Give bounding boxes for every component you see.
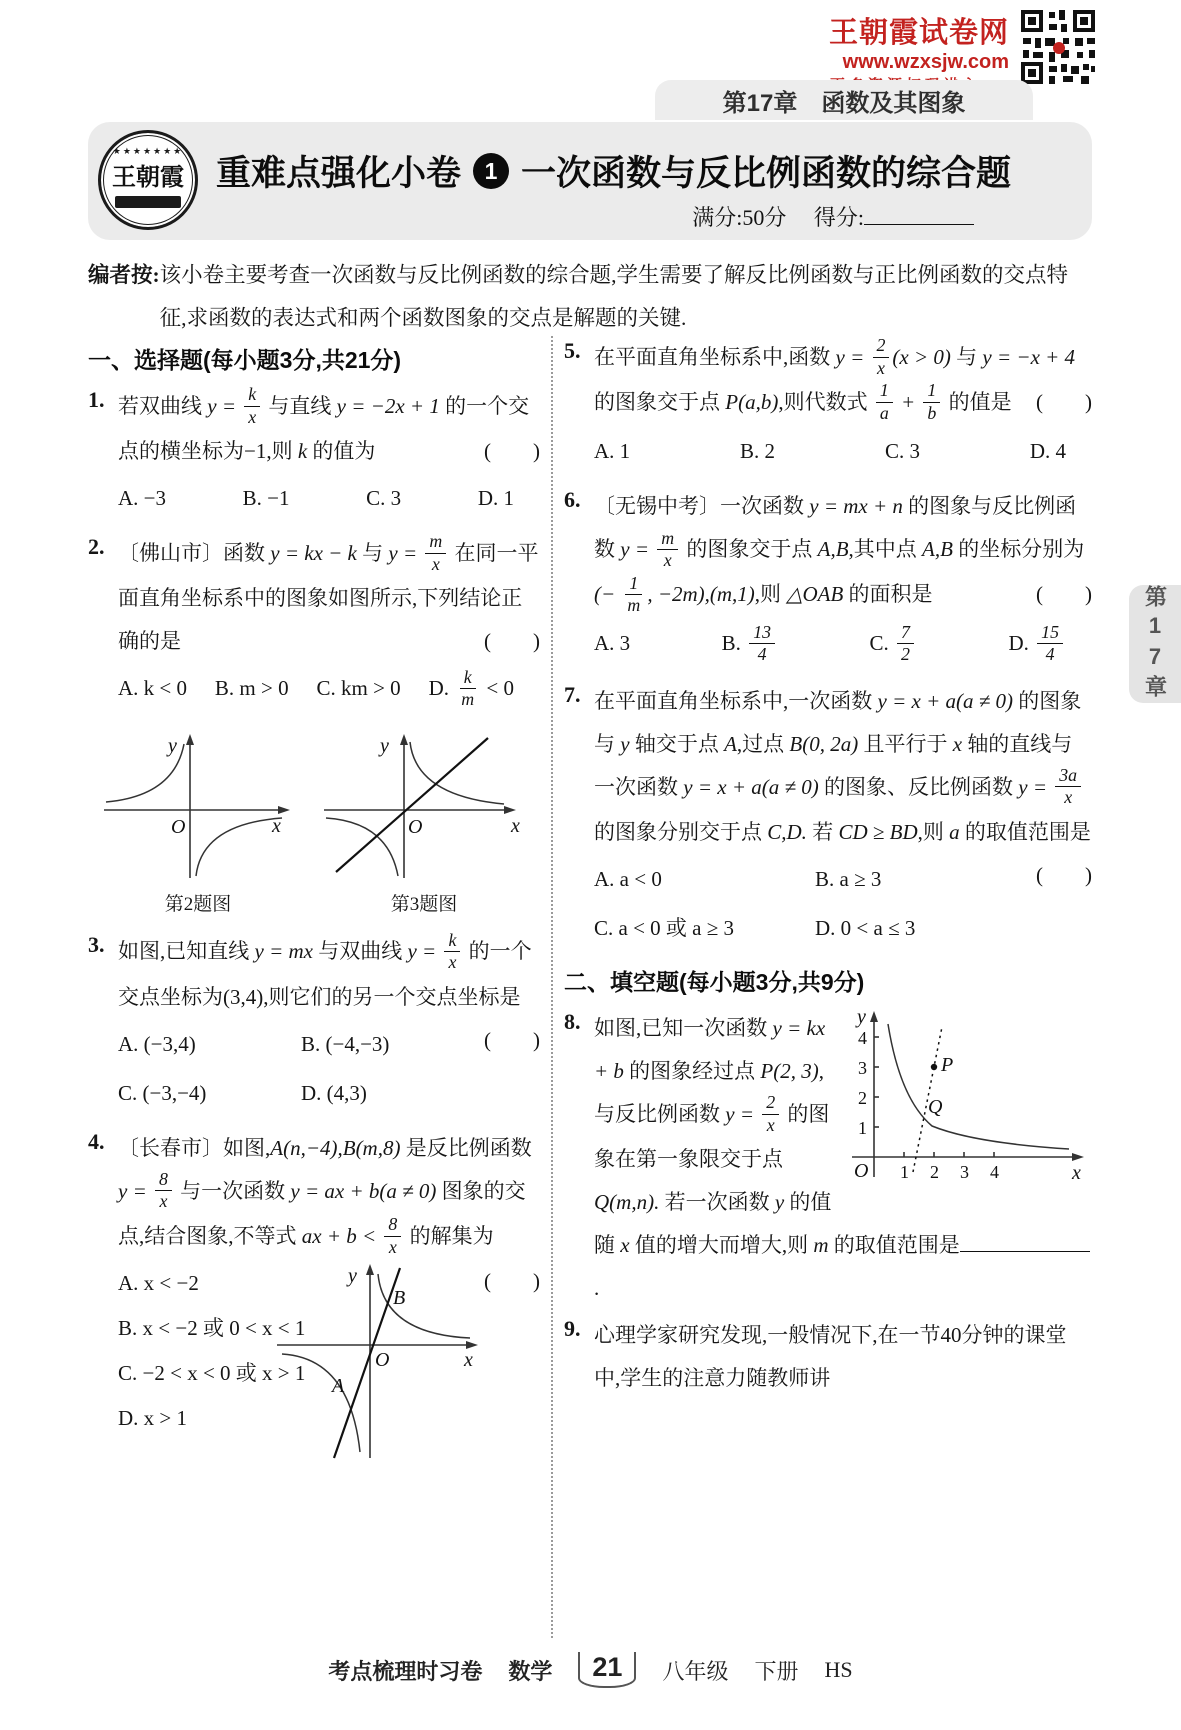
editor-note: 编者按: 该小卷主要考查一次函数与反比例函数的综合题,学生需要了解反比例函数与正… [88,254,1090,340]
fraction: 8x [384,1214,401,1258]
figure-row: y x O 第2题图 y [88,730,540,916]
right-column: 5. 在平面直角坐标系中,函数 y = 2x(x > 0) 与 y = −x +… [564,336,1092,1638]
point-a-label: A [330,1375,345,1397]
ribbon-icon [115,196,181,208]
question-3: 3. 如图,已知直线 y = mx 与双曲线 y = kx 的一个交点坐标为(3… [88,930,540,1122]
option-d: D. 0 < a ≤ 3 [815,907,1036,950]
two-column-body: 一、选择题(每小题3分,共21分) 1. 若双曲线 y = kx 与直线 y =… [88,336,1092,1638]
option-d: D. km < 0 [429,667,514,712]
option-a: A. 1 [594,430,630,473]
option-d: D. 1 [478,477,514,520]
options-grid: A. (−3,4) B. (−4,−3) C. (−3,−4) D. (4,3) [118,1023,484,1115]
option-b: B. a ≥ 3 [815,858,1036,901]
question-6: 6. 〔无锡中考〕一次函数 y = mx + n 的图象与反比例函数 y = m… [564,485,1092,675]
column-divider [551,336,553,1638]
answer-paren: ( ) [484,620,540,663]
point-b-label: B [393,1287,405,1309]
x-axis-arrow [504,806,516,814]
qr-code-icon [1019,8,1097,86]
fraction: 8x [155,1169,172,1213]
question-number: 9. [564,1314,594,1400]
footer-version: HS [824,1657,852,1683]
footer-grade: 八年级 [662,1655,728,1686]
origin-label: O [408,816,422,838]
fraction: kx [444,930,460,974]
header-band: 王朝霞 重难点强化小卷 1 一次函数与反比例函数的综合题 满分:50分 得分: [88,122,1092,240]
x-tick: 3 [960,1162,969,1182]
option-b: B. (−4,−3) [301,1023,484,1066]
option-c: C. a < 0 或 a ≥ 3 [594,907,815,950]
question-9: 9. 心理学家研究发现,一般情况下,在一节40分钟的课堂中,学生的注意力随教师讲 [564,1314,1092,1400]
footer-term: 下册 [754,1655,798,1686]
figure-caption: 第3题图 [318,889,530,916]
y-axis-arrow [186,734,194,745]
option-b: B. 2 [740,430,775,473]
fraction: 72 [897,622,914,666]
x-label: x [510,815,520,837]
chapter-side-tab: 第17章 [1129,585,1181,703]
question-number: 1. [88,385,118,528]
fraction: 2x [873,336,890,379]
question-number: 3. [88,930,118,1122]
section-2-heading: 二、填空题(每小题3分,共9分) [564,964,1092,997]
answer-paren: ( ) [1036,381,1092,424]
option-d: D. (4,3) [301,1072,484,1115]
editor-note-label: 编者按: [88,254,160,340]
option-a: A. a < 0 [594,858,815,901]
fraction: mx [425,531,446,575]
fraction: 154 [1037,622,1063,666]
option-b: B. m > 0 [215,667,289,712]
badge-name: 王朝霞 [112,157,184,192]
question-2: 2. 〔佛山市〕函数 y = kx − k 与 y = mx 在同一平面直角坐标… [88,532,540,720]
figure-caption: 第2题图 [98,889,298,916]
options-row: A. −3 B. −1 C. 3 D. 1 [118,477,540,520]
page-footer: 考点梳理时习卷 数学 21 八年级 下册 HS [0,1652,1181,1688]
options-grid: A. a < 0 B. a ≥ 3 C. a < 0 或 a ≥ 3 D. 0 … [594,858,1036,950]
y-axis-arrow [870,1011,878,1022]
y-tick: 2 [858,1088,867,1108]
answer-paren: ( ) [484,1019,540,1062]
x-label: x [463,1349,473,1371]
figure-q3: y x O 第3题图 [318,730,530,916]
left-column: 一、选择题(每小题3分,共21分) 1. 若双曲线 y = kx 与直线 y =… [88,336,540,1638]
hyperbola-branch-q4 [196,818,282,876]
fraction: 1a [876,380,893,424]
y-tick: 4 [858,1028,867,1048]
point-q-label: Q [928,1096,943,1118]
option-c: C. 3 [366,477,401,520]
question-7: 7. 在平面直角坐标系中,一次函数 y = x + a(a ≠ 0) 的图象与 … [564,680,1092,958]
figure-q2: y x O 第2题图 [98,730,298,916]
question-text: 若双曲线 y = kx 与直线 y = −2x + 1 的一个交点的横坐标为−1… [118,385,540,473]
brand-badge-logo: 王朝霞 [98,130,198,230]
brand-name: 王朝霞试卷网 [829,10,1009,51]
y-label: y [166,735,177,757]
question-text: 在平面直角坐标系中,函数 y = 2x(x > 0) 与 y = −x + 4 … [594,336,1092,426]
option-c: C. 3 [885,430,920,473]
x-tick: 2 [930,1162,939,1182]
figure-q2-graph: y x O [98,730,298,882]
editor-note-text: 该小卷主要考查一次函数与反比例函数的综合题,学生需要了解反比例函数与正比例函数的… [160,254,1090,340]
question-text: 如图,已知直线 y = mx 与双曲线 y = kx 的一个交点坐标为(3,4)… [118,930,540,1018]
badge-number: 1 [473,153,509,189]
question-number: 6. [564,485,594,675]
fraction: mx [657,528,678,572]
series-title: 重难点强化小卷 [216,146,461,196]
point-p-dot [931,1064,937,1070]
hyperbola-curve [888,1024,1069,1149]
page-title: 一次函数与反比例函数的综合题 [521,146,1011,196]
fraction: 3ax [1055,765,1081,809]
fraction: 1m [623,573,644,617]
origin-label: O [375,1349,389,1371]
x-axis-arrow [278,806,290,814]
option-a: A. k < 0 [118,667,187,712]
fraction: 1b [923,380,940,424]
options-row: A. k < 0 B. m > 0 C. km > 0 D. km < 0 [118,667,540,712]
option-d: D. 4 [1030,430,1066,473]
x-axis-arrow [466,1341,478,1349]
section-1-heading: 一、选择题(每小题3分,共21分) [88,342,540,375]
origin-label: O [171,816,185,838]
x-label: x [271,815,281,837]
footer-subject: 数学 [508,1655,552,1686]
x-axis-arrow [1072,1153,1084,1161]
question-number: 4. [88,1127,118,1481]
answer-paren: ( ) [484,1260,540,1303]
question-1: 1. 若双曲线 y = kx 与直线 y = −2x + 1 的一个交点的横坐标… [88,385,540,528]
y-axis-arrow [400,734,408,745]
fraction: kx [244,384,260,428]
question-number: 7. [564,680,594,958]
line-graph [334,1268,400,1458]
question-4: 4. 〔长春市〕如图,A(n,−4),B(m,8) 是反比例函数 y = 8x … [88,1127,540,1481]
stars-icon [113,146,183,157]
question-8: 8. y [564,1007,1092,1310]
origin-label: O [854,1160,868,1182]
options-row: A. 3 B. 134 C. 72 D. 154 [594,622,1092,667]
option-b: B. −1 [243,477,290,520]
full-score-label: 满分:50分 [692,205,786,230]
y-axis-arrow [366,1264,374,1275]
footer-series: 考点梳理时习卷 [328,1655,482,1686]
figure-q3-graph: y x O [318,730,530,882]
option-c: C. 72 [870,622,917,667]
option-c: C. (−3,−4) [118,1072,301,1115]
page-number-book-icon: 21 [578,1652,636,1688]
brand-url: www.wzxsjw.com [829,51,1009,74]
question-text: 〔佛山市〕函数 y = kx − k 与 y = mx 在同一平面直角坐标系中的… [118,532,540,663]
chapter-tab: 第17章 函数及其图象 [655,80,1033,120]
fraction: km [457,667,478,711]
x-tick: 1 [900,1162,909,1182]
y-tick: 1 [858,1118,867,1138]
answer-blank-line [960,1231,1090,1252]
fraction: 2x [762,1092,779,1136]
figure-q8-graph: y x O P Q 1 2 3 4 4 3 2 1 [844,1007,1092,1191]
question-number: 5. [564,336,594,481]
score-blank-line [864,203,974,225]
question-text: 在平面直角坐标系中,一次函数 y = x + a(a ≠ 0) 的图象与 y 轴… [594,680,1092,854]
question-text: 心理学家研究发现,一般情况下,在一节40分钟的课堂中,学生的注意力随教师讲 [594,1314,1092,1400]
figure-q8: y x O P Q 1 2 3 4 4 3 2 1 [844,1007,1092,1206]
answer-paren: ( ) [1036,854,1092,897]
fraction: 134 [749,622,775,666]
line-graph [336,738,488,872]
option-a: A. (−3,4) [118,1023,301,1066]
hyperbola-branch-q1 [378,1274,470,1338]
option-a: A. 3 [594,622,630,667]
option-d: D. 154 [1008,622,1066,667]
y-label: y [855,1007,866,1028]
x-label: x [1071,1162,1081,1184]
exam-page: 王朝霞试卷网 www.wzxsjw.com 更多资源扫码进入 → 第17章 函数… [0,0,1181,1730]
point-p-label: P [940,1054,953,1076]
option-c: C. km > 0 [316,667,400,712]
y-label: y [378,735,389,757]
question-text: 〔长春市〕如图,A(n,−4),B(m,8) 是反比例函数 y = 8x 与一次… [118,1127,540,1260]
x-tick: 4 [990,1162,999,1182]
question-number: 2. [88,532,118,720]
option-a: A. −3 [118,477,166,520]
answer-paren: ( ) [1036,573,1092,616]
question-number: 8. [564,1007,594,1310]
options-row: A. 1 B. 2 C. 3 D. 4 [594,430,1092,473]
score-label: 得分: [814,205,864,230]
option-b: B. 134 [722,622,778,667]
question-text: 〔无锡中考〕一次函数 y = mx + n 的图象与反比例函数 y = mx 的… [594,485,1092,618]
y-label: y [346,1265,357,1287]
y-tick: 3 [858,1058,867,1078]
answer-paren: ( ) [484,430,540,473]
question-5: 5. 在平面直角坐标系中,函数 y = 2x(x > 0) 与 y = −x +… [564,336,1092,481]
